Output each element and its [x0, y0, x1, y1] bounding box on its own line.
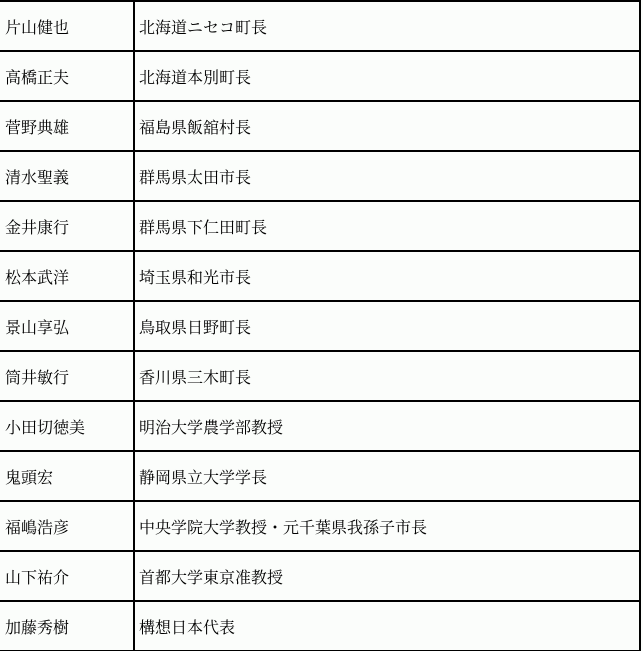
- member-name: 菅野典雄: [0, 101, 134, 151]
- member-name: 高橋正夫: [0, 51, 134, 101]
- table-row: 小田切徳美明治大学農学部教授: [0, 401, 640, 451]
- table-row: 片山健也北海道ニセコ町長: [0, 1, 640, 51]
- member-name: 筒井敏行: [0, 351, 134, 401]
- member-role: 群馬県下仁田町長: [134, 201, 640, 251]
- member-role: 北海道本別町長: [134, 51, 640, 101]
- member-role: 福島県飯舘村長: [134, 101, 640, 151]
- member-role: 鳥取県日野町長: [134, 301, 640, 351]
- table-row: 高橋正夫北海道本別町長: [0, 51, 640, 101]
- member-name: 鬼頭宏: [0, 451, 134, 501]
- table-row: 景山享弘鳥取県日野町長: [0, 301, 640, 351]
- member-name: 片山健也: [0, 1, 134, 51]
- members-table: 片山健也北海道ニセコ町長 高橋正夫北海道本別町長 菅野典雄福島県飯舘村長 清水聖…: [0, 0, 641, 651]
- table-row: 金井康行群馬県下仁田町長: [0, 201, 640, 251]
- member-role: 群馬県太田市長: [134, 151, 640, 201]
- member-name: 金井康行: [0, 201, 134, 251]
- member-role: 北海道ニセコ町長: [134, 1, 640, 51]
- table-row: 福嶋浩彦中央学院大学教授・元千葉県我孫子市長: [0, 501, 640, 551]
- member-name: 加藤秀樹: [0, 601, 134, 651]
- member-name: 福嶋浩彦: [0, 501, 134, 551]
- member-role: 首都大学東京准教授: [134, 551, 640, 601]
- member-name: 景山享弘: [0, 301, 134, 351]
- member-role: 中央学院大学教授・元千葉県我孫子市長: [134, 501, 640, 551]
- table-row: 加藤秀樹構想日本代表: [0, 601, 640, 651]
- member-name: 松本武洋: [0, 251, 134, 301]
- table-row: 松本武洋埼玉県和光市長: [0, 251, 640, 301]
- table-row: 山下祐介首都大学東京准教授: [0, 551, 640, 601]
- member-role: 香川県三木町長: [134, 351, 640, 401]
- member-role: 静岡県立大学学長: [134, 451, 640, 501]
- member-name: 小田切徳美: [0, 401, 134, 451]
- member-role: 構想日本代表: [134, 601, 640, 651]
- table-row: 鬼頭宏静岡県立大学学長: [0, 451, 640, 501]
- members-table-body: 片山健也北海道ニセコ町長 高橋正夫北海道本別町長 菅野典雄福島県飯舘村長 清水聖…: [0, 1, 640, 651]
- table-row: 筒井敏行香川県三木町長: [0, 351, 640, 401]
- table-row: 菅野典雄福島県飯舘村長: [0, 101, 640, 151]
- member-role: 埼玉県和光市長: [134, 251, 640, 301]
- member-name: 清水聖義: [0, 151, 134, 201]
- table-row: 清水聖義群馬県太田市長: [0, 151, 640, 201]
- member-role: 明治大学農学部教授: [134, 401, 640, 451]
- member-name: 山下祐介: [0, 551, 134, 601]
